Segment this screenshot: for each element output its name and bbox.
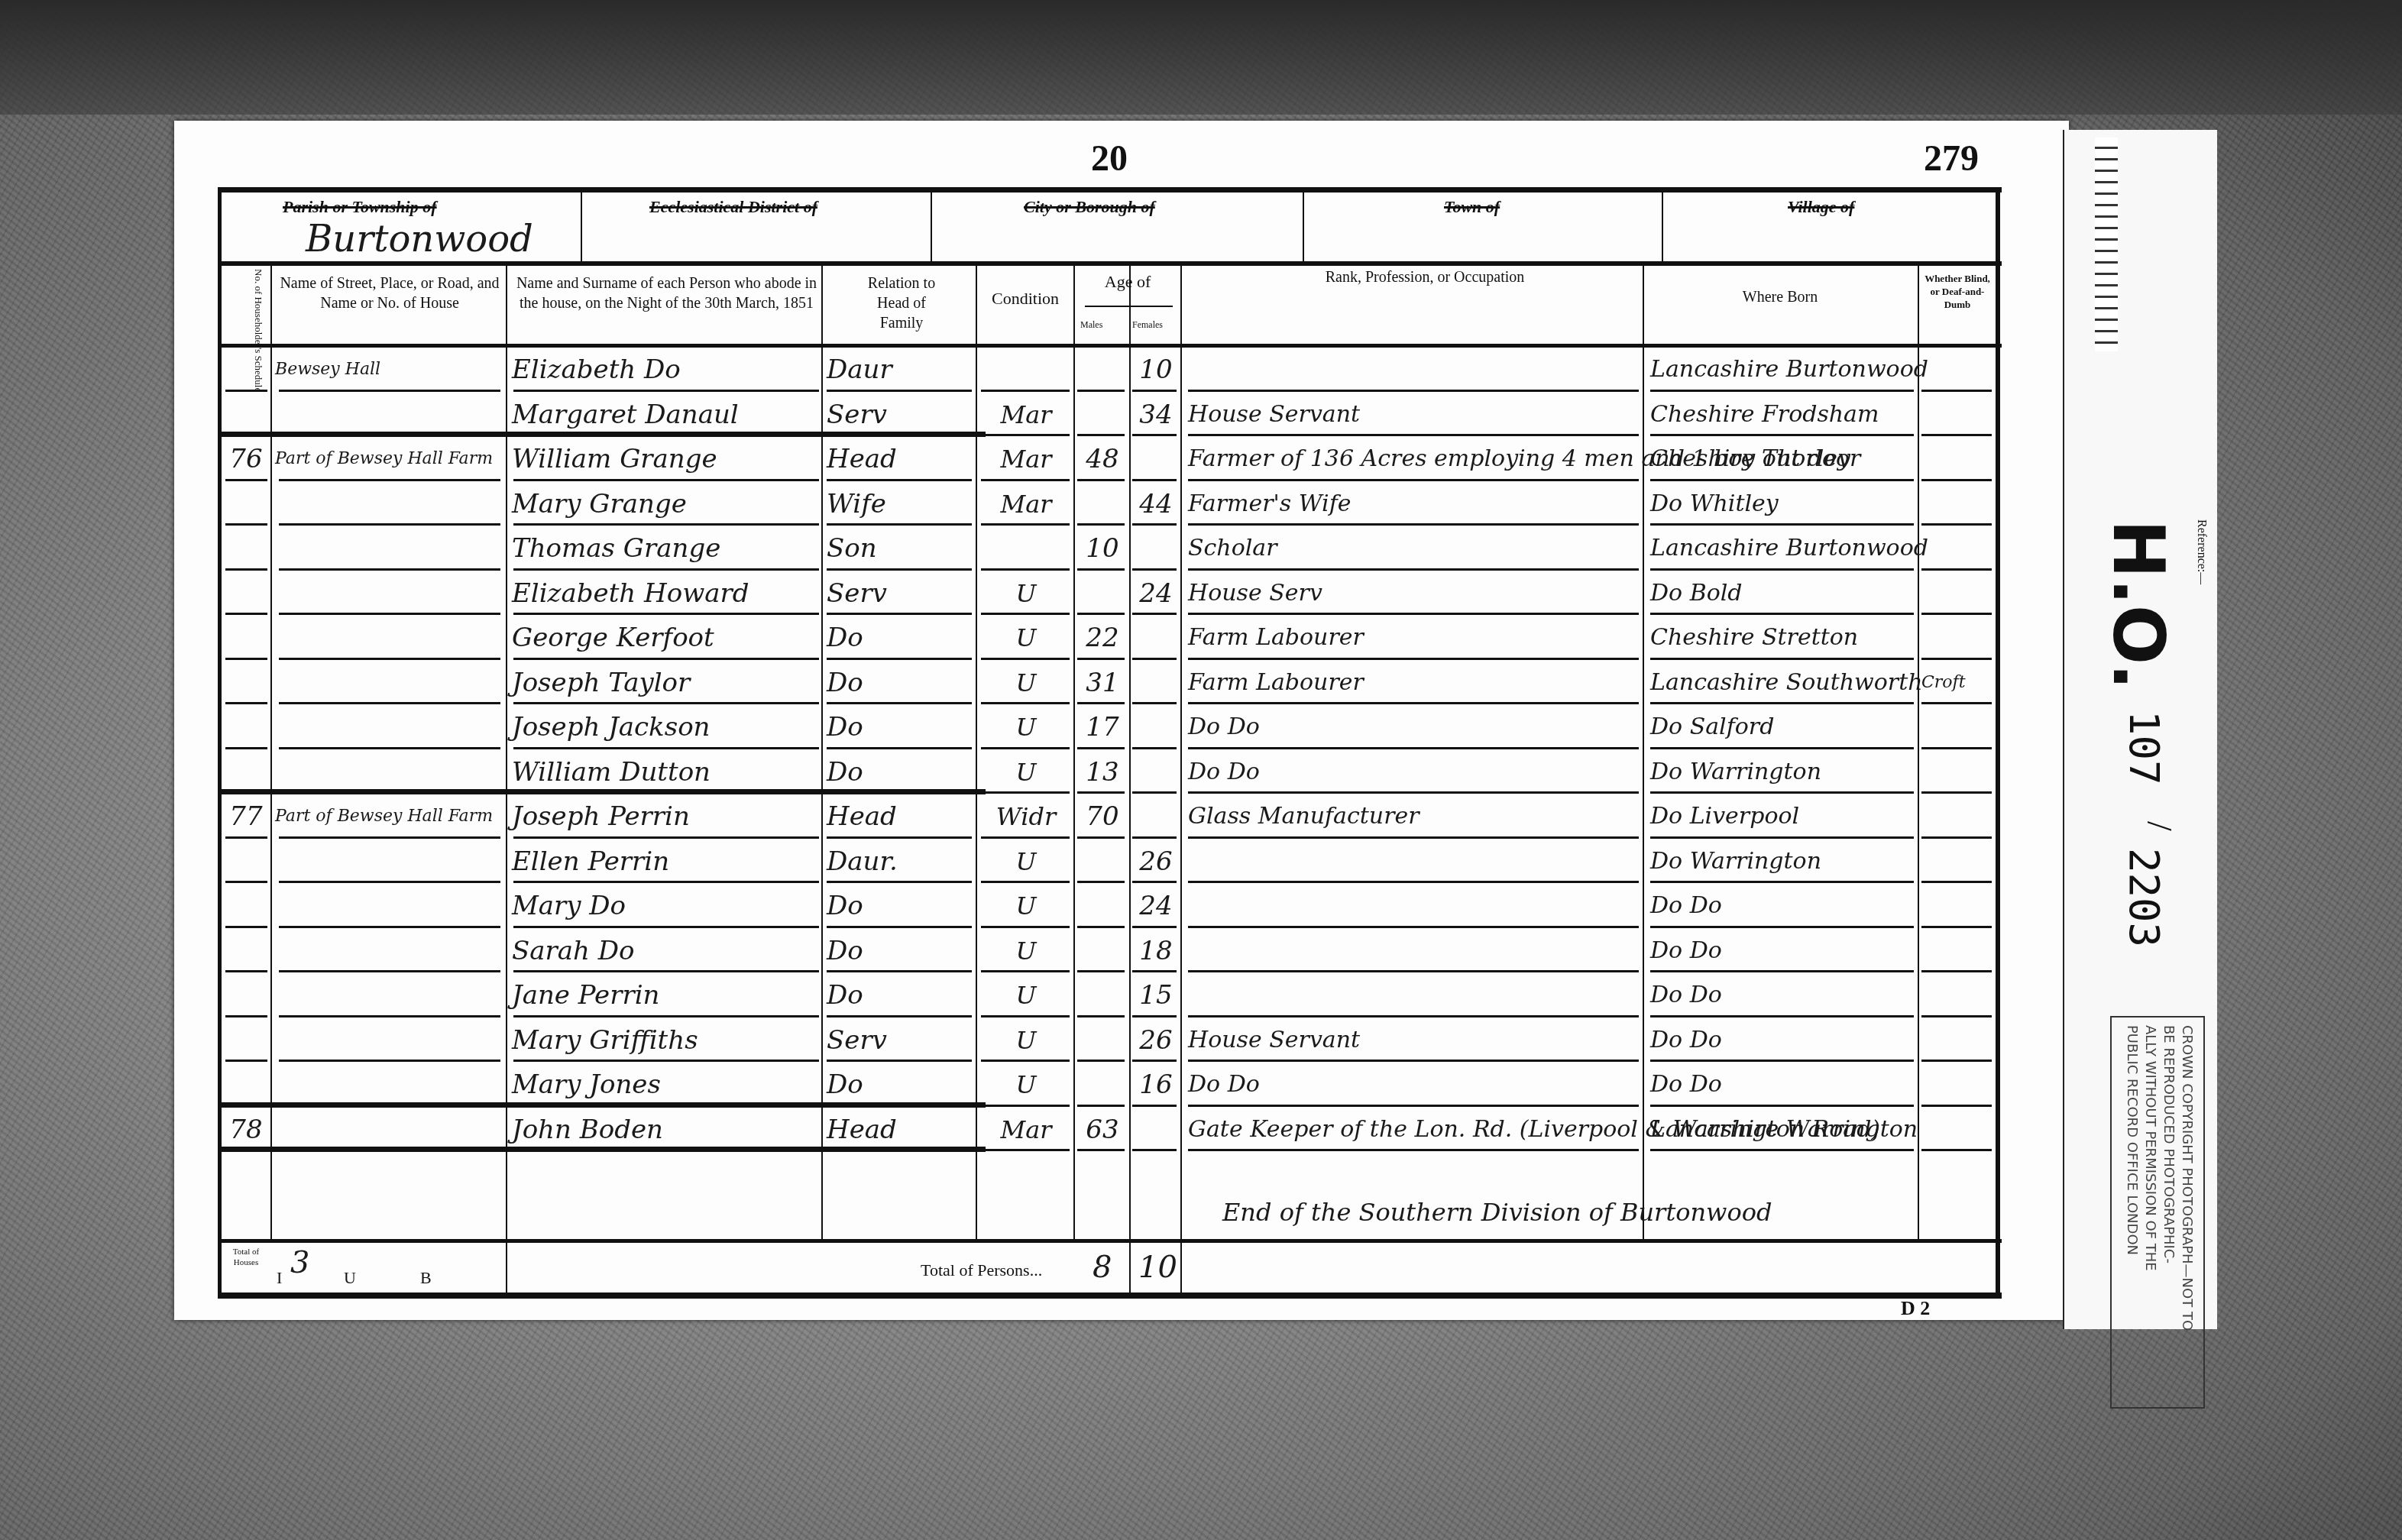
cell-blind [1921, 929, 1994, 973]
col-header-where-born: Where Born [1658, 287, 1902, 307]
cell-where-born: Do Do [1650, 884, 1918, 928]
cell-where-born: Do Whitley [1650, 482, 1918, 526]
cell-name: Mary Griffiths [512, 1018, 817, 1063]
col-header-females: Females [1132, 319, 1163, 331]
background-shadow [0, 0, 2402, 115]
cell-relation: Daur. [827, 840, 964, 884]
inhabited-prefix: I [277, 1268, 282, 1288]
cell-condition: U [981, 973, 1071, 1017]
inhabited-total: 3 [290, 1245, 309, 1280]
cell-female-age: 34 [1132, 393, 1180, 437]
table-right-border [1996, 187, 2000, 1299]
col-header-blind-deaf: Whether Blind, or Deaf-and-Dumb [1921, 272, 1994, 311]
reference-label: Reference:— [2194, 519, 2208, 584]
cell-name: Thomas Grange [512, 526, 817, 571]
cell-relation: Head [827, 437, 964, 481]
cell-name: Ellen Perrin [512, 840, 817, 884]
household-separator [222, 1147, 986, 1152]
cell-male-age: 70 [1077, 794, 1128, 839]
cell-condition: U [981, 705, 1071, 749]
band-divider [1303, 191, 1304, 264]
cell-schedule: 76 [223, 437, 269, 481]
age-divider [1085, 306, 1173, 307]
reference-prefix: H.O. [2097, 519, 2179, 690]
cell-name: William Grange [512, 437, 817, 481]
col-divider [821, 266, 823, 1240]
col-divider [1643, 266, 1644, 1240]
total-houses-label: Total of Houses [223, 1247, 269, 1268]
cell-relation: Do [827, 973, 964, 1017]
cell-blind [1921, 1108, 1994, 1152]
ecclesiastical-label: Ecclesiastical District of [649, 197, 817, 217]
cell-female-age: 16 [1132, 1063, 1180, 1107]
cell-condition: U [981, 840, 1071, 884]
col-divider [1129, 266, 1131, 1297]
end-note: End of the Southern Division of Burtonwo… [1222, 1198, 1772, 1227]
cell-condition: Mar [981, 393, 1071, 437]
cell-female-age [1132, 705, 1180, 749]
cell-street [275, 884, 504, 928]
cell-male-age [1077, 840, 1128, 884]
cell-blind: Croft [1921, 661, 1994, 705]
cell-occupation [1188, 840, 1639, 884]
cell-street [275, 482, 504, 526]
col-header-name: Name and Surname of each Person who abod… [512, 273, 821, 313]
band-divider [581, 191, 582, 264]
cell-female-age [1132, 437, 1180, 481]
cell-schedule [223, 705, 269, 749]
cell-condition: U [981, 1063, 1071, 1107]
cell-condition: U [981, 750, 1071, 794]
cell-name: William Dutton [512, 750, 817, 794]
cell-condition: U [981, 616, 1071, 660]
cell-where-born: Lancashire Southworth [1650, 661, 1918, 705]
cell-name: Joseph Taylor [512, 661, 817, 705]
village-label: Village of [1788, 197, 1854, 217]
cell-relation: Serv [827, 1018, 964, 1063]
cell-where-born: Cheshire Stretton [1650, 616, 1918, 660]
folio-number: 20 [1091, 137, 1128, 180]
cell-occupation [1188, 973, 1639, 1017]
cell-name: John Boden [512, 1108, 817, 1152]
reference-folio: 2203 [2120, 848, 2168, 947]
cell-male-age [1077, 571, 1128, 616]
cell-condition: U [981, 1018, 1071, 1063]
cell-male-age [1077, 1063, 1128, 1107]
cell-name: Mary Grange [512, 482, 817, 526]
males-total: 8 [1093, 1250, 1112, 1285]
copyright-box: CROWN COPYRIGHT PHOTOGRAPH—NOT TO BE REP… [2110, 1016, 2205, 1409]
cell-blind [1921, 750, 1994, 794]
cell-occupation: Scholar [1188, 526, 1639, 571]
col-divider [1918, 266, 1919, 1240]
col-divider [1180, 266, 1182, 1297]
cell-occupation: Farmer's Wife [1188, 482, 1639, 526]
cell-condition: U [981, 661, 1071, 705]
cell-schedule [223, 482, 269, 526]
cell-female-age: 10 [1132, 348, 1180, 392]
cell-where-born: Lancashire Warrington [1650, 1108, 1918, 1152]
cell-name: Sarah Do [512, 929, 817, 973]
cell-condition: Mar [981, 482, 1071, 526]
cell-male-age [1077, 973, 1128, 1017]
cell-condition: U [981, 929, 1071, 973]
parish-label: Parish or Township of [283, 197, 437, 217]
reference-piece: 107 [2120, 710, 2168, 785]
cell-street [275, 1063, 504, 1107]
cell-female-age: 26 [1132, 1018, 1180, 1063]
cell-relation: Head [827, 794, 964, 839]
cell-male-age [1077, 1018, 1128, 1063]
cell-condition: Mar [981, 437, 1071, 481]
cell-male-age [1077, 482, 1128, 526]
total-persons-label: Total of Persons... [921, 1260, 1042, 1280]
cell-male-age: 31 [1077, 661, 1128, 705]
cell-blind [1921, 348, 1994, 392]
col-header-street: Name of Street, Place, or Road, and Name… [275, 273, 504, 313]
cell-where-born: Do Warrington [1650, 840, 1918, 884]
cell-name: Margaret Danaul [512, 393, 817, 437]
footer-mark: D 2 [1901, 1297, 1930, 1320]
cell-female-age [1132, 661, 1180, 705]
cell-female-age: 24 [1132, 571, 1180, 616]
col-header-occupation: Rank, Profession, or Occupation [1299, 267, 1551, 287]
cell-name: Mary Jones [512, 1063, 817, 1107]
cell-schedule [223, 750, 269, 794]
band-divider [931, 191, 932, 264]
cell-street: Part of Bewsey Hall Farm [275, 794, 504, 839]
cell-schedule: 78 [223, 1108, 269, 1152]
cell-where-born: Do Do [1650, 929, 1918, 973]
cell-relation: Son [827, 526, 964, 571]
cell-occupation: Do Do [1188, 705, 1639, 749]
cell-street [275, 840, 504, 884]
cell-schedule: 77 [223, 794, 269, 839]
cell-female-age: 26 [1132, 840, 1180, 884]
table-bottom-border [218, 1292, 2002, 1299]
cell-occupation: Do Do [1188, 750, 1639, 794]
cell-condition: Widr [981, 794, 1071, 839]
cell-condition [981, 348, 1071, 392]
cell-relation: Daur [827, 348, 964, 392]
totals-divider [218, 1239, 2002, 1243]
copyright-line: ALLY WITHOUT PERMISSION OF THE [2141, 1025, 2159, 1331]
cell-relation: Do [827, 705, 964, 749]
cell-occupation: Farm Labourer [1188, 616, 1639, 660]
cell-relation: Wife [827, 482, 964, 526]
town-label: Town of [1444, 197, 1500, 217]
cell-where-born: Do Salford [1650, 705, 1918, 749]
col-header-age: Age of [1077, 272, 1178, 292]
cell-condition: U [981, 571, 1071, 616]
cell-male-age [1077, 393, 1128, 437]
cell-male-age: 63 [1077, 1108, 1128, 1152]
col-divider [976, 266, 977, 1240]
cell-relation: Do [827, 661, 964, 705]
cell-relation: Do [827, 884, 964, 928]
cell-condition: Mar [981, 1108, 1071, 1152]
cell-blind [1921, 526, 1994, 571]
cell-name: Joseph Perrin [512, 794, 817, 839]
cell-schedule [223, 661, 269, 705]
scale-ruler [2095, 137, 2118, 351]
cell-where-born: Lancashire Burtonwood [1650, 348, 1918, 392]
reference-slash: / [2139, 821, 2180, 831]
cell-relation: Head [827, 1108, 964, 1152]
cell-schedule [223, 973, 269, 1017]
cell-street [275, 705, 504, 749]
cell-occupation: Farmer of 136 Acres employing 4 men and … [1188, 437, 1639, 481]
cell-blind [1921, 1063, 1994, 1107]
cell-female-age [1132, 1108, 1180, 1152]
cell-street [275, 571, 504, 616]
cell-occupation: House Servant [1188, 1018, 1639, 1063]
cell-name: Mary Do [512, 884, 817, 928]
cell-blind [1921, 705, 1994, 749]
cell-male-age [1077, 929, 1128, 973]
cell-name: Elizabeth Howard [512, 571, 817, 616]
cell-where-born: Cheshire Thorley [1650, 437, 1918, 481]
col-header-males: Males [1080, 319, 1102, 331]
cell-blind [1921, 616, 1994, 660]
cell-street [275, 929, 504, 973]
cell-where-born: Cheshire Frodsham [1650, 393, 1918, 437]
cell-female-age [1132, 750, 1180, 794]
cell-relation: Serv [827, 393, 964, 437]
cell-female-age: 24 [1132, 884, 1180, 928]
cell-relation: Do [827, 929, 964, 973]
cell-where-born: Do Do [1650, 973, 1918, 1017]
cell-blind [1921, 1018, 1994, 1063]
cell-blind [1921, 973, 1994, 1017]
cell-schedule [223, 348, 269, 392]
cell-male-age: 17 [1077, 705, 1128, 749]
cell-schedule [223, 526, 269, 571]
cell-street: Bewsey Hall [275, 348, 504, 392]
cell-blind [1921, 884, 1994, 928]
cell-schedule [223, 616, 269, 660]
household-separator [222, 432, 986, 437]
cell-name: Elizabeth Do [512, 348, 817, 392]
household-separator [222, 789, 986, 794]
cell-occupation: House Servant [1188, 393, 1639, 437]
cell-occupation: House Serv [1188, 571, 1639, 616]
copyright-line: BE REPRODUCED PHOTOGRAPHIC- [2159, 1025, 2177, 1331]
cell-male-age: 48 [1077, 437, 1128, 481]
cell-where-born: Lancashire Burtonwood [1650, 526, 1918, 571]
cell-street [275, 661, 504, 705]
cell-male-age: 22 [1077, 616, 1128, 660]
band-divider [1662, 191, 1663, 264]
table-left-border [218, 187, 222, 1299]
cell-occupation [1188, 348, 1639, 392]
cell-female-age [1132, 794, 1180, 839]
building-label: B [420, 1268, 432, 1288]
cell-name: George Kerfoot [512, 616, 817, 660]
cell-relation: Do [827, 1063, 964, 1107]
col-header-schedule: No. of Householder's Schedule [253, 269, 264, 345]
uninhabited-label: U [344, 1268, 356, 1288]
copyright-notice: CROWN COPYRIGHT PHOTOGRAPH—NOT TO BE REP… [2122, 1025, 2196, 1331]
cell-female-age: 18 [1132, 929, 1180, 973]
cell-blind [1921, 794, 1994, 839]
cell-occupation: Farm Labourer [1188, 661, 1639, 705]
col-divider [270, 266, 272, 1240]
header-band-divider [218, 261, 2002, 266]
cell-where-born: Do Do [1650, 1018, 1918, 1063]
cell-female-age: 44 [1132, 482, 1180, 526]
cell-schedule [223, 1063, 269, 1107]
cell-condition [981, 526, 1071, 571]
cell-street [275, 393, 504, 437]
cell-blind [1921, 482, 1994, 526]
cell-where-born: Do Do [1650, 1063, 1918, 1107]
parish-value: Burtonwood [306, 218, 533, 260]
cell-blind [1921, 571, 1994, 616]
cell-occupation [1188, 884, 1639, 928]
cell-relation: Serv [827, 571, 964, 616]
cell-male-age [1077, 884, 1128, 928]
cell-street [275, 750, 504, 794]
cell-blind [1921, 393, 1994, 437]
cell-blind [1921, 437, 1994, 481]
cell-relation: Do [827, 750, 964, 794]
col-header-relation: Relation to Head of Family [863, 273, 940, 333]
cell-where-born: Do Warrington [1650, 750, 1918, 794]
city-label: City or Borough of [1024, 197, 1155, 217]
col-header-condition: Condition [979, 289, 1071, 309]
females-total: 10 [1138, 1250, 1177, 1285]
col-divider [1073, 266, 1075, 1240]
cell-female-age [1132, 526, 1180, 571]
copyright-line: PUBLIC RECORD OFFICE LONDON [2122, 1025, 2141, 1331]
cell-street [275, 973, 504, 1017]
cell-name: Jane Perrin [512, 973, 817, 1017]
cell-schedule [223, 1018, 269, 1063]
table-top-border [218, 187, 2002, 192]
cell-occupation: Do Do [1188, 1063, 1639, 1107]
cell-occupation: Gate Keeper of the Lon. Rd. (Liverpool &… [1188, 1108, 1639, 1152]
cell-schedule [223, 929, 269, 973]
cell-occupation [1188, 929, 1639, 973]
cell-street [275, 1108, 504, 1152]
cell-schedule [223, 840, 269, 884]
cell-male-age [1077, 348, 1128, 392]
cell-relation: Do [827, 616, 964, 660]
household-separator [222, 1102, 986, 1108]
cell-female-age: 15 [1132, 973, 1180, 1017]
page-number: 279 [1924, 137, 1979, 180]
col-divider [506, 266, 507, 1297]
cell-where-born: Do Bold [1650, 571, 1918, 616]
cell-female-age [1132, 616, 1180, 660]
cell-schedule [223, 571, 269, 616]
cell-blind [1921, 840, 1994, 884]
cell-where-born: Do Liverpool [1650, 794, 1918, 839]
cell-name: Joseph Jackson [512, 705, 817, 749]
cell-street [275, 616, 504, 660]
copyright-line: CROWN COPYRIGHT PHOTOGRAPH—NOT TO [2177, 1025, 2196, 1331]
cell-street [275, 1018, 504, 1063]
cell-condition: U [981, 884, 1071, 928]
cell-street: Part of Bewsey Hall Farm [275, 437, 504, 481]
reference-label-strip: H.O. 107 / 2203 Reference:— CROWN COPYRI… [2063, 130, 2217, 1329]
cell-street [275, 526, 504, 571]
cell-occupation: Glass Manufacturer [1188, 794, 1639, 839]
cell-male-age: 13 [1077, 750, 1128, 794]
cell-schedule [223, 884, 269, 928]
cell-schedule [223, 393, 269, 437]
cell-male-age: 10 [1077, 526, 1128, 571]
